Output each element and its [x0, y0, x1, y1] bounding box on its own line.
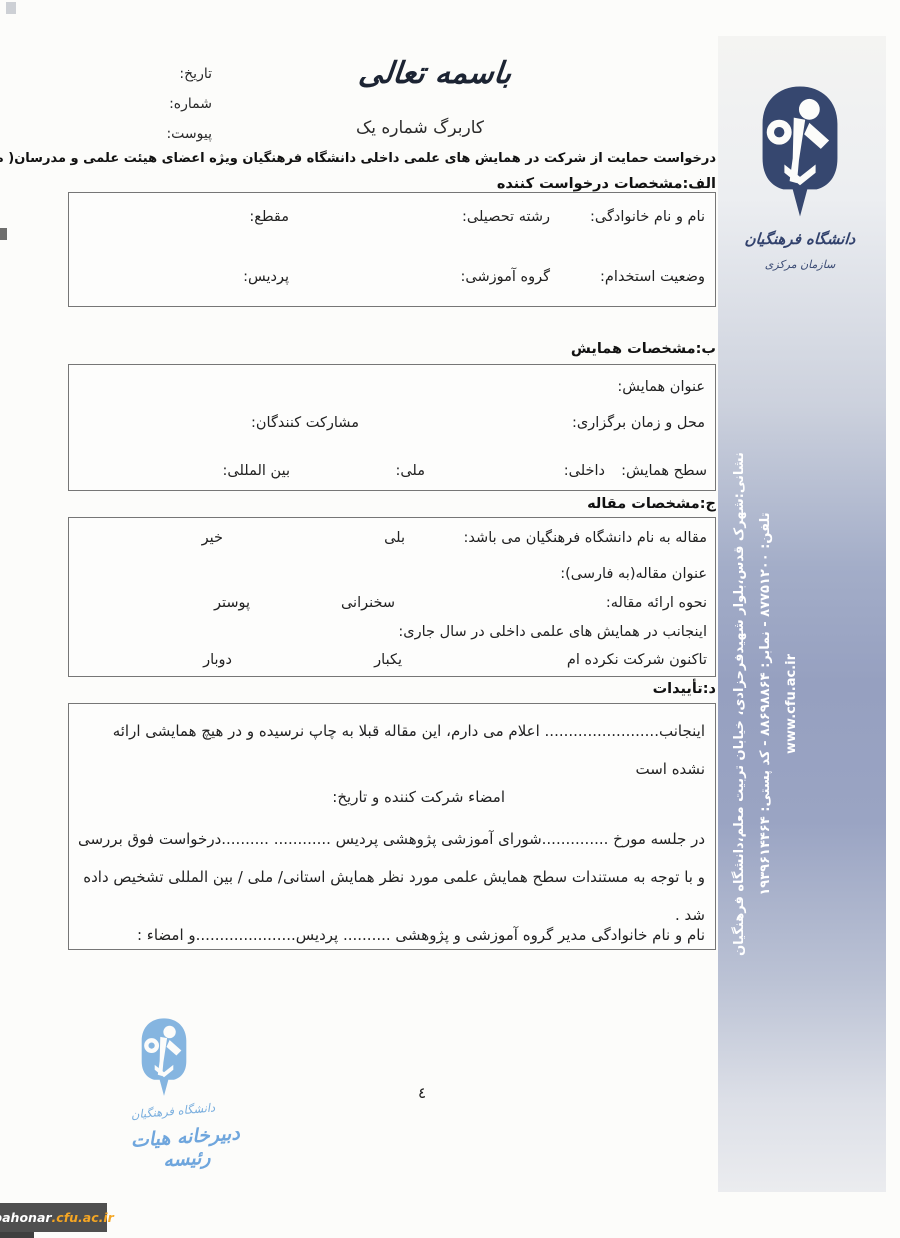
scanned-form-page: تاریخ: شماره: پیوست: باسمه تعالی کاربرگ … — [0, 0, 900, 1238]
participation-once-option: یکبار — [374, 652, 402, 668]
address-line: نشانی:شهرک قدس،بلوار شهیدفرحزادی، خیابان… — [727, 424, 753, 984]
level-national-option: ملی: — [395, 463, 425, 479]
request-title: درخواست حمایت از شرکت در همایش های علمی … — [0, 151, 716, 166]
section-d-heading: د:تأییدات — [653, 681, 716, 697]
section-c-heading: ج:مشخصات مقاله — [587, 496, 716, 512]
participants-label: مشارکت کنندگان: — [251, 415, 359, 431]
participation-none-option: تاکنون شرکت نکرده ام — [567, 652, 707, 668]
poster-option: پوستر — [214, 595, 250, 611]
conference-details-box: عنوان همایش: محل و زمان برگزاری: مشارکت … — [68, 364, 716, 491]
paper-title-label: عنوان مقاله(به فارسی): — [560, 566, 707, 582]
site-watermark: bahonar.cfu.ac.ir — [0, 1203, 107, 1232]
watermark-text: bahonar — [0, 1210, 52, 1225]
section-b-heading: ب:مشخصات همایش — [571, 341, 716, 357]
university-name-question: مقاله به نام دانشگاه فرهنگیان می باشد: — [464, 530, 707, 546]
sidebar-contact-block: نشانی:شهرک قدس،بلوار شهیدفرحزادی، خیابان… — [727, 424, 813, 984]
secretariat-stamp-text: دبیرخانه هیات رئیسه — [105, 1120, 268, 1175]
manager-signature-line: نام و نام خانوادگی مدیر گروه آموزشی و پژ… — [75, 926, 705, 944]
scan-artifact — [6, 2, 16, 14]
conference-title-label: عنوان همایش: — [617, 379, 705, 395]
declaration-text: اینجانب........................ اعلام می… — [77, 712, 705, 788]
degree-label: مقطع: — [249, 209, 289, 225]
fullname-label: نام و نام خانوادگی: — [590, 209, 705, 225]
phone-fax-postal-line: تلفن: ۸۷۷۵۱۲۰۰ - نمابر: ۸۸۶۹۸۸۶۴ - کد پس… — [753, 424, 779, 984]
level-international-option: بین المللی: — [223, 463, 290, 479]
yes-option: بلی — [384, 530, 405, 546]
page-number: ٤ — [410, 1084, 434, 1102]
attachment-label: پیوست: — [166, 126, 212, 142]
sidebar-university-name: دانشگاه فرهنگیان — [732, 230, 867, 248]
approvals-box: اینجانب........................ اعلام می… — [68, 703, 716, 950]
level-label: سطح همایش: — [621, 463, 707, 479]
watermark-suffix-text: .cfu.ac.ir — [52, 1210, 114, 1225]
employment-label: وضعیت استخدام: — [600, 269, 705, 285]
paper-details-box: مقاله به نام دانشگاه فرهنگیان می باشد: ب… — [68, 517, 716, 677]
website-url: www.cfu.ac.ir — [779, 424, 805, 984]
applicant-details-box: نام و نام خانوادگی: رشته تحصیلی: مقطع: و… — [68, 192, 716, 307]
university-logo-icon — [748, 82, 852, 224]
presentation-label: نحوه ارائه مقاله: — [606, 595, 707, 611]
form-number-title: کاربرگ شماره یک — [330, 118, 510, 138]
campus-label: پردیس: — [243, 269, 289, 285]
section-a-heading: الف:مشخصات درخواست کننده — [497, 176, 716, 192]
basmala-calligraphy: باسمه تعالی — [348, 56, 522, 91]
no-option: خیر — [202, 530, 223, 546]
sidebar-org-name: سازمان مرکزی — [748, 258, 852, 271]
lecture-option: سخنرانی — [341, 595, 395, 611]
date-label: تاریخ: — [179, 66, 212, 82]
venue-label: محل و زمان برگزاری: — [572, 415, 705, 431]
department-label: گروه آموزشی: — [460, 269, 550, 285]
stamp-university-name: دانشگاه فرهنگیان — [118, 1099, 229, 1123]
scan-artifact — [0, 1232, 34, 1238]
council-review-text: در جلسه مورخ ..............شورای آموزشی … — [75, 820, 705, 934]
participation-twice-option: دوبار — [203, 652, 232, 668]
level-domestic-option: داخلی: — [564, 463, 605, 479]
participation-label: اینجانب در همایش های علمی داخلی در سال ج… — [398, 624, 707, 640]
scan-artifact — [0, 228, 7, 240]
stamp-logo-icon — [133, 1016, 195, 1100]
signature-label: امضاء شرکت کننده و تاریخ: — [332, 788, 505, 806]
field-label: رشته تحصیلی: — [462, 209, 550, 225]
number-label: شماره: — [169, 96, 212, 112]
